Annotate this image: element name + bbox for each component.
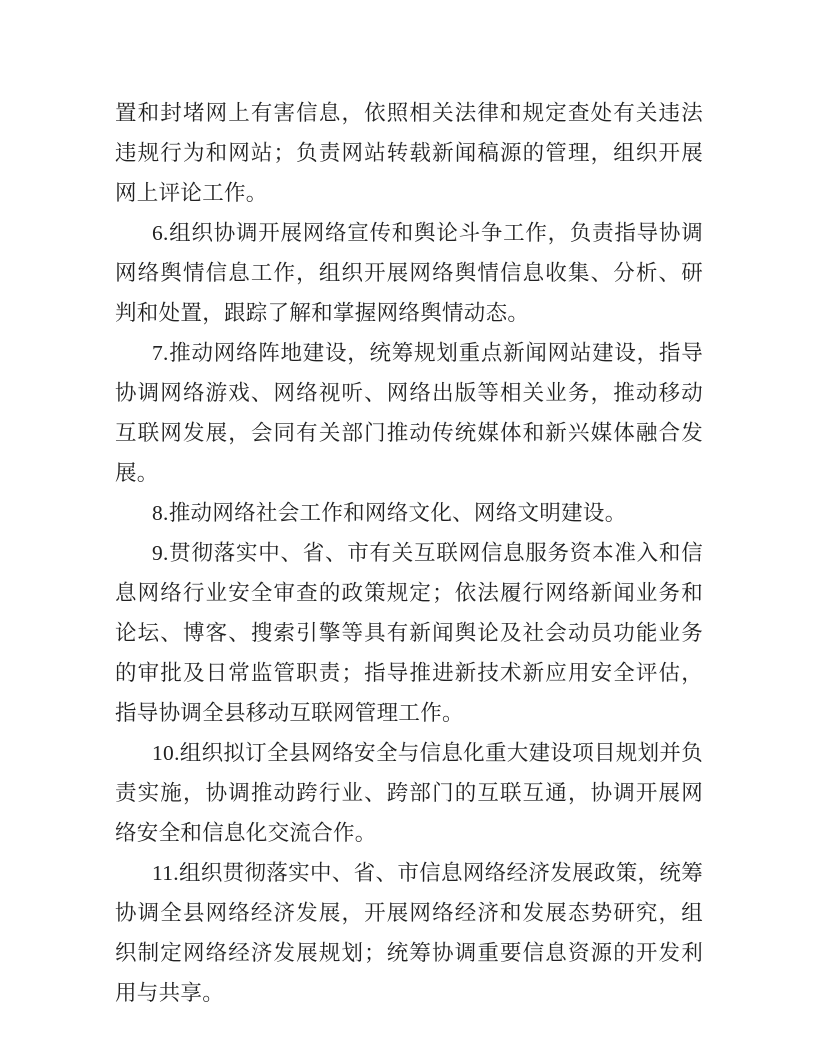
document-body: 置和封堵网上有害信息，依照相关法律和规定查处有关违法违规行为和网站；负责网站转载…: [115, 93, 703, 1013]
paragraph: 6.组织协调开展网络宣传和舆论斗争工作，负责指导协调网络舆情信息工作，组织开展网…: [115, 213, 703, 333]
paragraph: 9.贯彻落实中、省、市有关互联网信息服务资本准入和信息网络行业安全审查的政策规定…: [115, 533, 703, 733]
paragraph: 置和封堵网上有害信息，依照相关法律和规定查处有关违法违规行为和网站；负责网站转载…: [115, 93, 703, 213]
paragraph: 8.推动网络社会工作和网络文化、网络文明建设。: [115, 493, 703, 533]
document-page: 置和封堵网上有害信息，依照相关法律和规定查处有关违法违规行为和网站；负责网站转载…: [0, 0, 816, 1056]
paragraph: 7.推动网络阵地建设，统筹规划重点新闻网站建设，指导协调网络游戏、网络视听、网络…: [115, 333, 703, 493]
paragraph: 10.组织拟订全县网络安全与信息化重大建设项目规划并负责实施，协调推动跨行业、跨…: [115, 733, 703, 853]
paragraph: 11.组织贯彻落实中、省、市信息网络经济发展政策，统筹协调全县网络经济发展，开展…: [115, 853, 703, 1013]
